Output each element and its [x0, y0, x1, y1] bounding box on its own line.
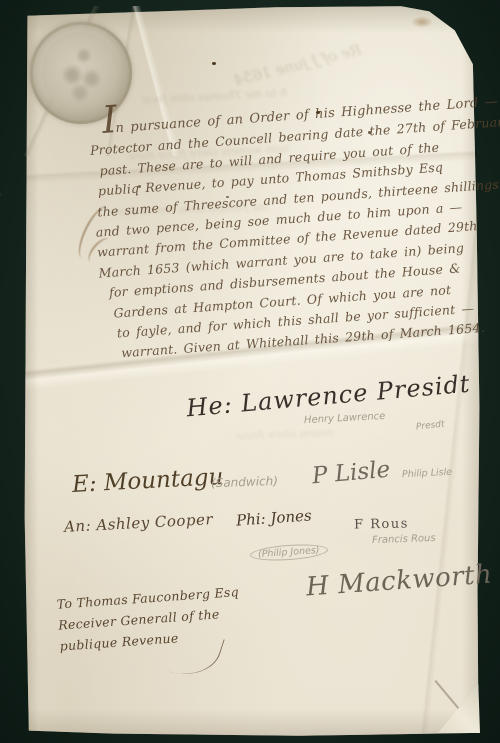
ink-speck [226, 196, 229, 198]
embossed-seal-icon [30, 22, 132, 124]
ink-speck [368, 131, 371, 134]
ink-speck [316, 111, 320, 114]
paper-stain [411, 16, 433, 28]
pencil-note-rous: Francis Rous [372, 533, 436, 546]
scanned-document-photo: Re of J june 1654 h to me Thomas olim fe… [0, 0, 500, 743]
manuscript-body: In pursuance of an Order of his Highness… [88, 92, 500, 365]
bleedthrough-margin-writing: Lo comit Smith [0, 113, 4, 203]
signature-rous: F Rous [354, 517, 409, 533]
pencil-note-sandwich: (Sandwich) [211, 474, 278, 490]
ink-speck [138, 185, 141, 188]
ink-speck [212, 62, 216, 65]
